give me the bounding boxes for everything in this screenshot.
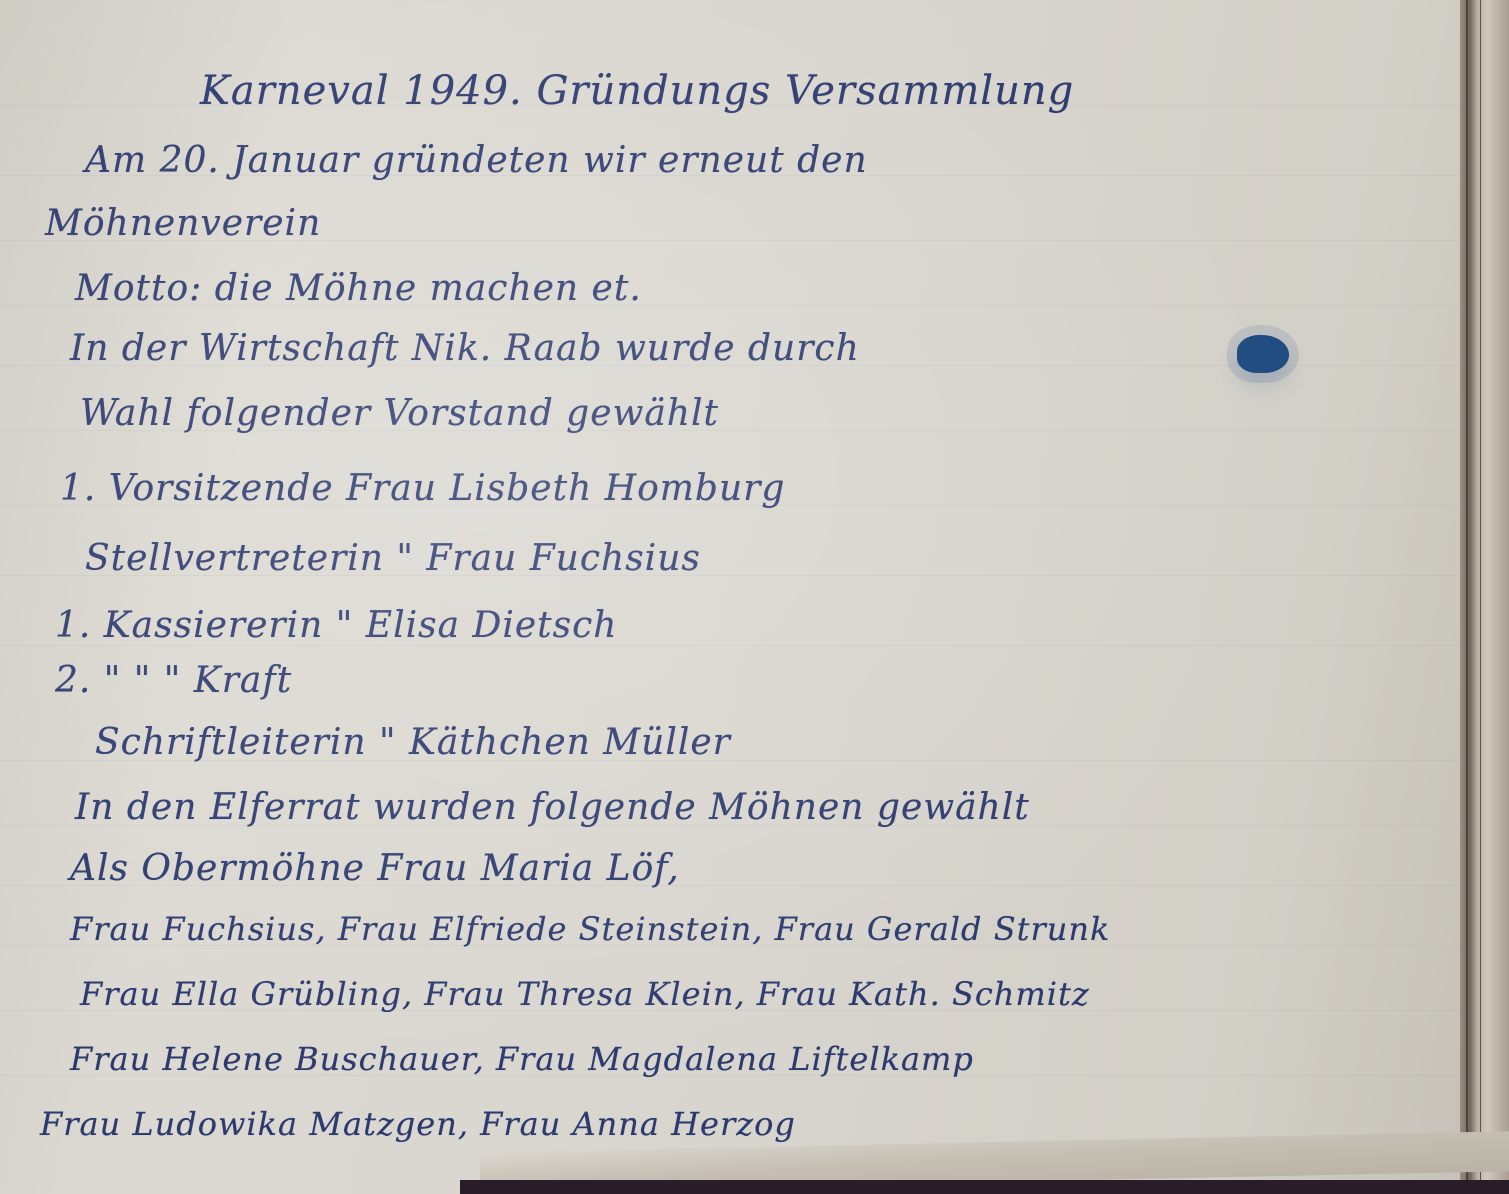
book-binding-edge bbox=[1460, 0, 1509, 1194]
text-line: Am 20. Januar gründeten wir erneut den bbox=[85, 140, 868, 181]
notebook-page: Karneval 1949. Gründungs Versammlung Am … bbox=[0, 0, 1460, 1194]
text-line: Stellvertreterin " Frau Fuchsius bbox=[85, 538, 701, 579]
text-line: Als Obermöhne Frau Maria Löf, bbox=[70, 848, 680, 889]
text-line: 1. Kassiererin " Elisa Dietsch bbox=[55, 605, 617, 646]
text-line: Frau Fuchsius, Frau Elfriede Steinstein,… bbox=[70, 910, 1110, 948]
ink-blot bbox=[1237, 335, 1289, 373]
text-line: Frau Ella Grübling, Frau Thresa Klein, F… bbox=[80, 975, 1090, 1013]
text-line: In den Elferrat wurden folgende Möhnen g… bbox=[75, 787, 1030, 828]
heading-line: Karneval 1949. Gründungs Versammlung bbox=[200, 68, 1074, 114]
text-line: In der Wirtschaft Nik. Raab wurde durch bbox=[70, 328, 860, 369]
text-line: Schriftleiterin " Käthchen Müller bbox=[95, 722, 731, 763]
text-line: Frau Helene Buschauer, Frau Magdalena Li… bbox=[70, 1040, 974, 1078]
text-line: Möhnenverein bbox=[45, 203, 321, 244]
text-line: Motto: die Möhne machen et. bbox=[75, 268, 642, 309]
page-bottom-edge bbox=[0, 1136, 1509, 1194]
text-line: 1. Vorsitzende Frau Lisbeth Homburg bbox=[60, 468, 785, 509]
text-line: 2. " " " Kraft bbox=[55, 660, 292, 701]
text-line: Wahl folgender Vorstand gewählt bbox=[80, 393, 719, 434]
